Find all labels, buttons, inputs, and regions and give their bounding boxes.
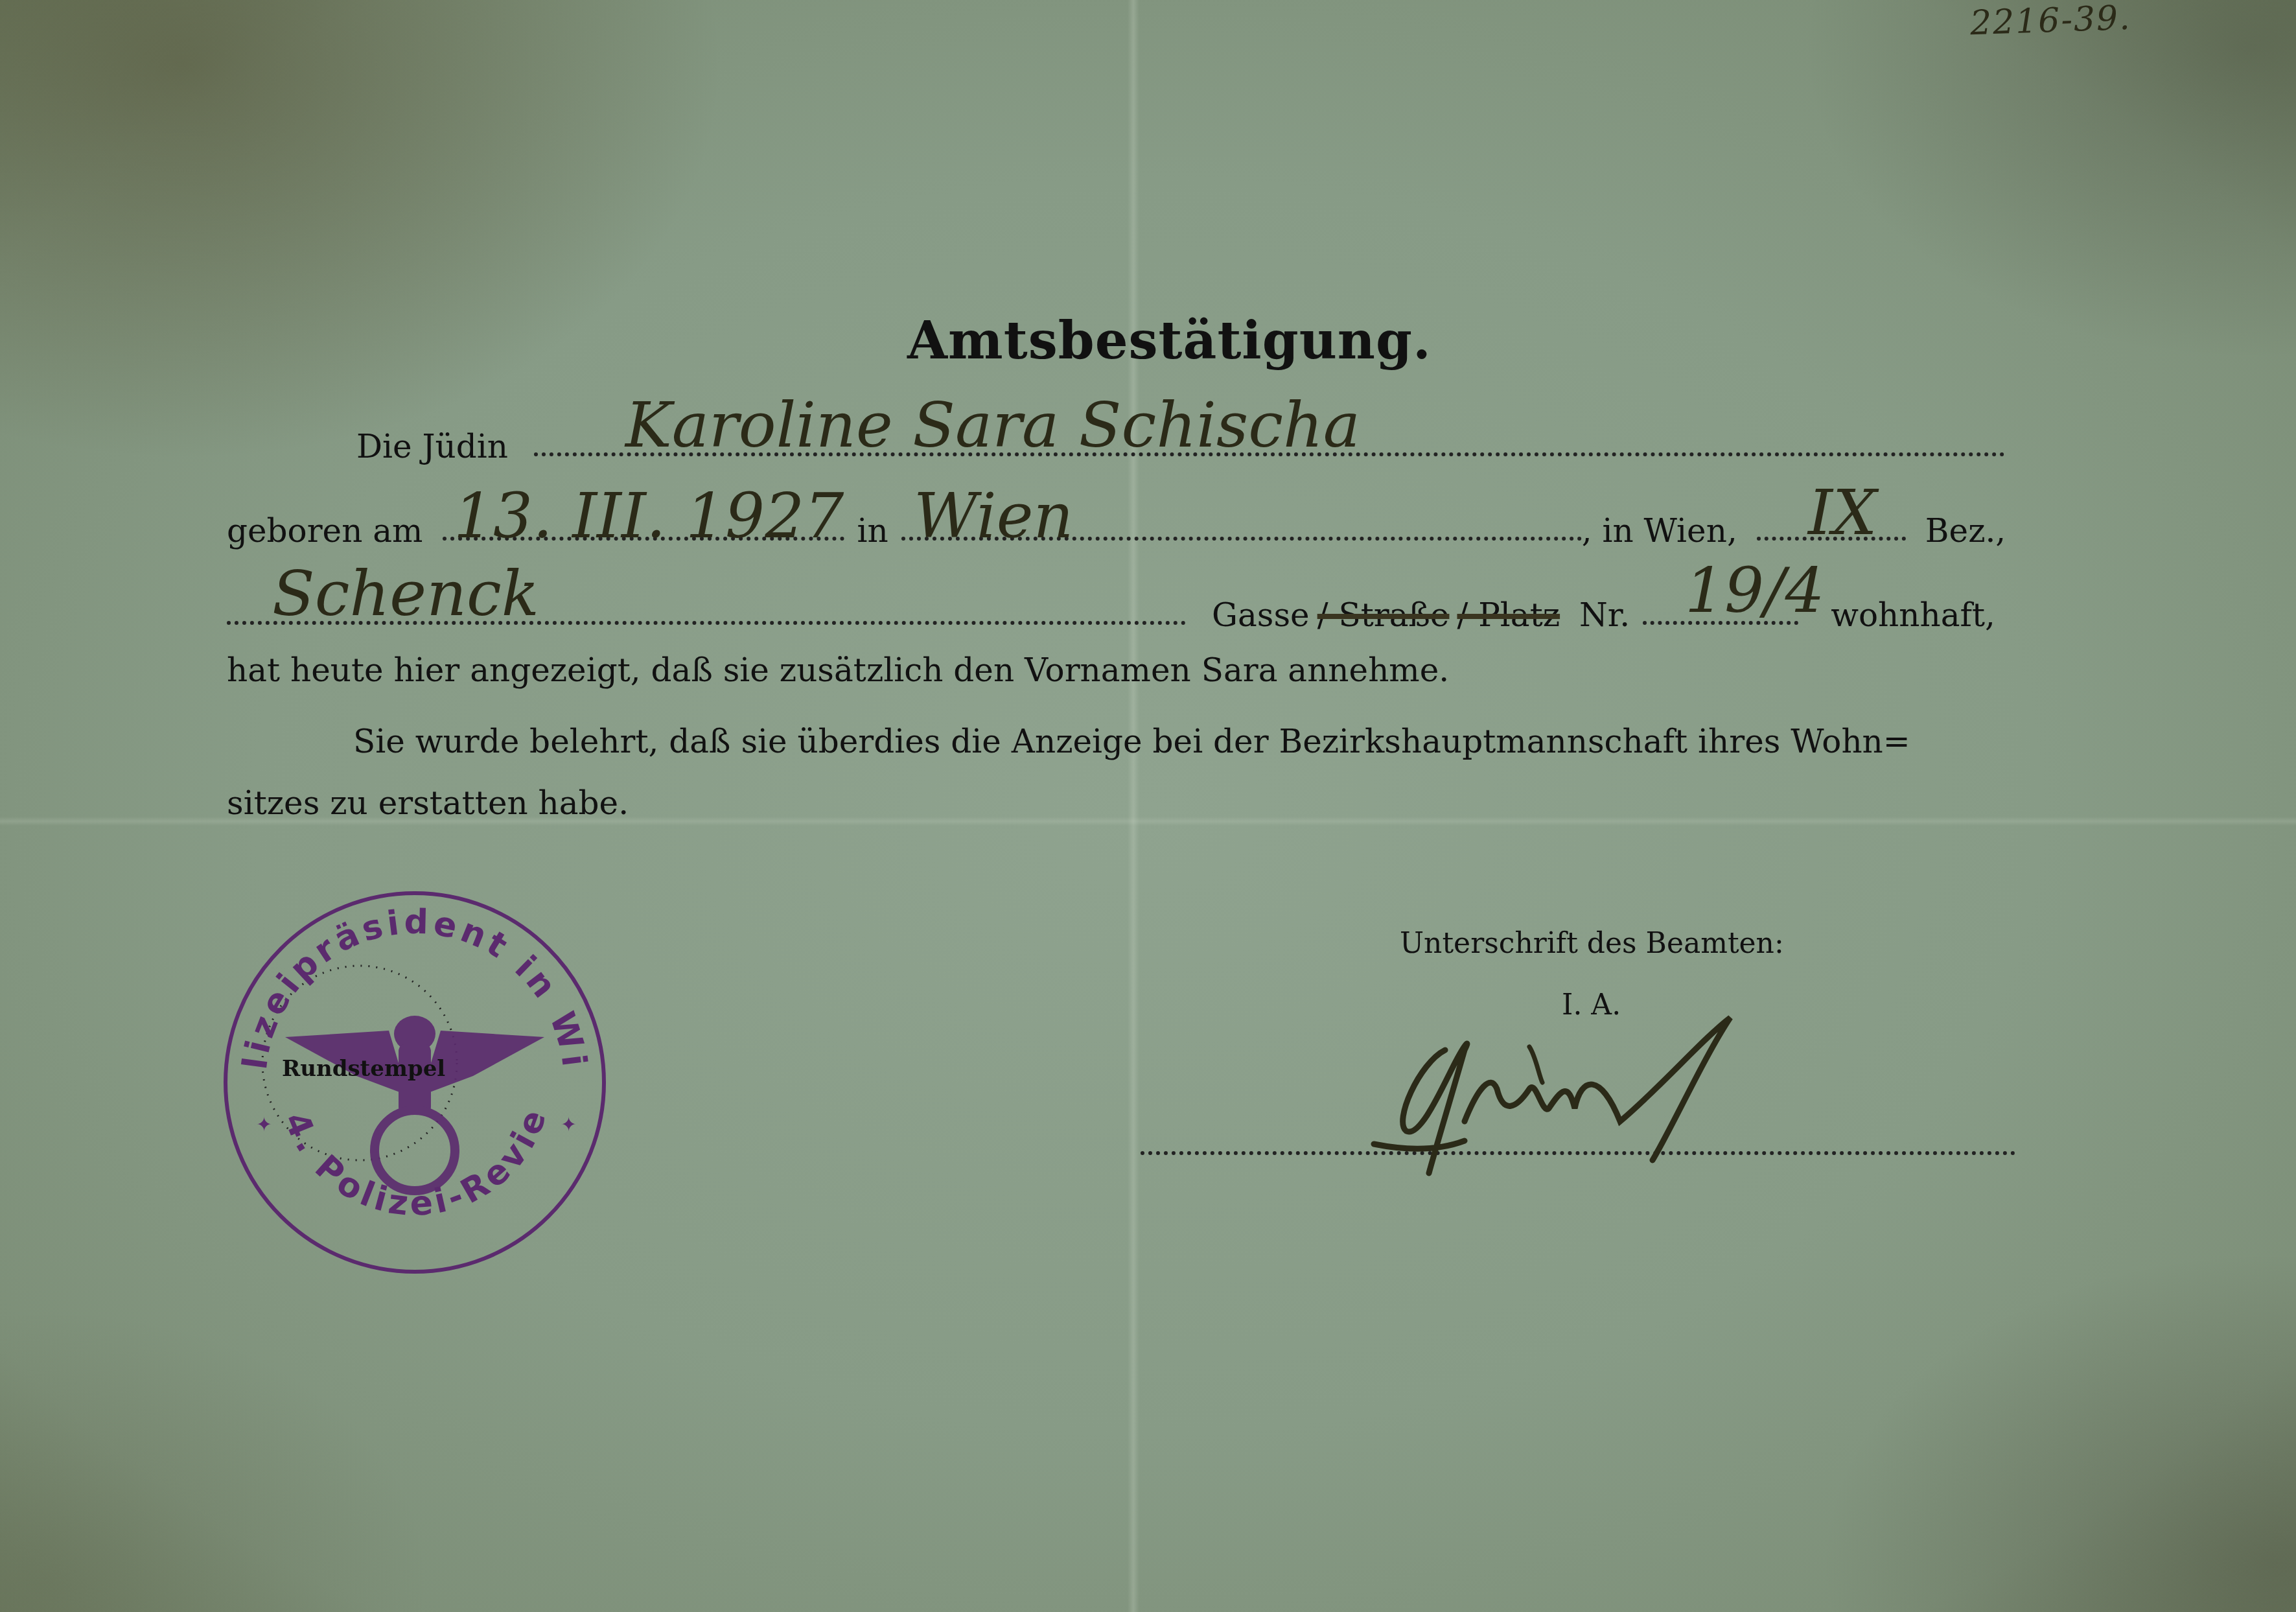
street-type-platz-struck: / Platz: [1457, 596, 1560, 634]
jew-label: Die Jüdin: [356, 428, 508, 465]
stamp-inner-label: Rundstempel: [282, 1056, 445, 1082]
birthplace-handwritten: Wien: [914, 480, 1073, 552]
birth-date-handwritten: 13. III. 1927: [454, 480, 844, 552]
document-title: Amtsbestätigung.: [907, 310, 1432, 371]
residence-label: wohnhaft,: [1831, 596, 1995, 634]
number-label: Nr.: [1579, 596, 1630, 634]
body-line-1: hat heute hier angezeigt, daß sie zusätz…: [227, 651, 1449, 689]
house-number-handwritten: 19/4: [1685, 554, 1825, 627]
name-handwritten: Karoline Sara Schischa: [625, 389, 1360, 461]
stamp-star-right: ✦: [561, 1114, 577, 1136]
police-stamp: Polizeipräsident in Wien 54. Polizei-Rev…: [220, 888, 609, 1277]
stamp-wreath: [375, 1110, 455, 1191]
stamp-star-left: ✦: [256, 1114, 272, 1136]
body-line-2: Sie wurde belehrt, daß sie überdies die …: [353, 723, 1910, 760]
street-handwritten: Schenck: [272, 557, 539, 630]
in-vienna-label: , in Wien,: [1582, 512, 1737, 550]
district-handwritten: IX: [1808, 476, 1877, 549]
official-signature: [1367, 1011, 1886, 1180]
archive-number: 2216-39.: [1969, 0, 2132, 43]
born-label: geboren am: [227, 512, 423, 550]
body-line-3: sitzes zu erstatten habe.: [227, 784, 629, 822]
street-type-gasse: Gasse: [1212, 596, 1310, 634]
in-label: in: [857, 512, 888, 550]
district-suffix: Bez.,: [1925, 512, 2006, 550]
signature-label: Unterschrift des Beamten:: [1400, 927, 1784, 960]
paper-fold-vertical: [1128, 0, 1139, 1612]
street-type-strasse-struck: / Straße: [1317, 596, 1450, 634]
